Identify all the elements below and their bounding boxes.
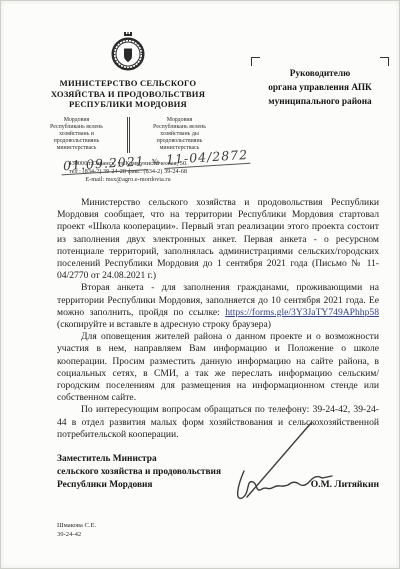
- recipient-block: Руководителю органа управления АПК муниц…: [251, 57, 389, 109]
- paragraph-project-intro: Министерство сельского хозяйства и продо…: [57, 197, 379, 282]
- number-sign: №: [151, 157, 159, 166]
- ministry-name-moksha: Мордовия Республикань велень хозяйствань…: [35, 117, 119, 153]
- executor-name: Шмакова С.Е.: [57, 522, 96, 531]
- handwritten-signature-icon: [231, 421, 343, 509]
- copy-paste-note: (скопируйте и вставьте в адресную строку…: [57, 319, 271, 330]
- paragraph-information-request: Для оповещения жителей района о данном п…: [57, 331, 379, 404]
- google-form-link[interactable]: https://forms.gle/3Y3JaTY749APhhp58: [225, 307, 379, 318]
- email-line: E-mail: msx@agro.e-mordovia.ru: [29, 176, 227, 184]
- executor-footer: Шмакова С.Е. 39-24-42: [57, 522, 96, 539]
- coat-of-arms-icon: [111, 29, 145, 73]
- ministry-name-erzya: Мордовия Республикань велень хозяйствань…: [138, 117, 222, 153]
- executor-phone: 39-24-42: [57, 531, 96, 540]
- letter-body: Министерство сельского хозяйства и продо…: [57, 197, 379, 441]
- scanned-letter-page: МИНИСТЕРСТВО СЕЛЬСКОГО ХОЗЯЙСТВА И ПРОДО…: [0, 0, 400, 569]
- recipient-text: Руководителю органа управления АПК муниц…: [251, 57, 389, 109]
- paragraph-second-survey: Вторая анкета - для заполнения гражданам…: [57, 282, 379, 331]
- corner-mark-left: [251, 57, 260, 66]
- ministry-name: МИНИСТЕРСТВО СЕЛЬСКОГО ХОЗЯЙСТВА И ПРОДО…: [29, 78, 227, 110]
- column-divider: [127, 117, 130, 153]
- corner-mark-right: [380, 57, 389, 66]
- ministry-name-mordovian: Мордовия Республикань велень хозяйствань…: [29, 117, 227, 153]
